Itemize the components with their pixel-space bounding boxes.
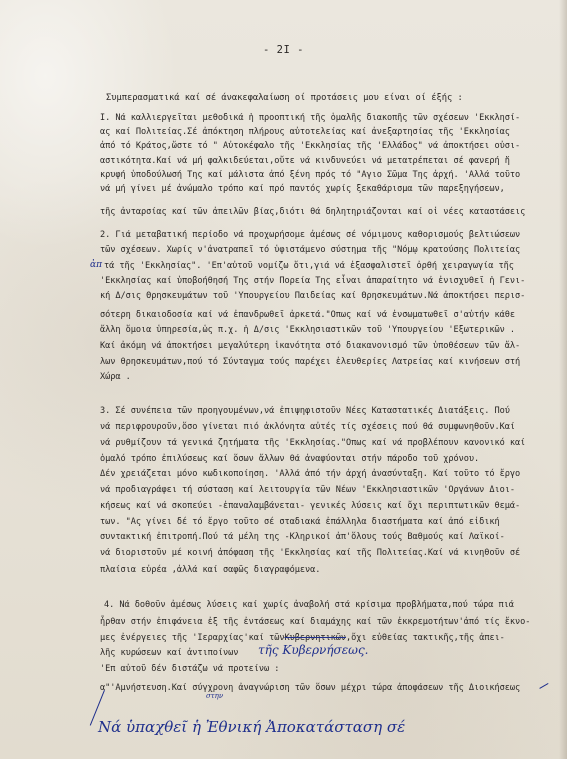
text-line: ἀπό τό Κράτος,ὥστε τό " Αὐτοκέφαλο τῆς '… — [100, 141, 520, 152]
handwritten-above-word: στην — [206, 692, 223, 700]
text-line: των. "Ας γίνει δέ τό ἔργο τοῦτο σέ σταδι… — [100, 517, 500, 528]
text-line: ὁμαλό τρόπο ἐπιλύσεως καί ὅσων ἄλλων θά … — [100, 454, 479, 465]
text-line: λων θρησκευμάτων,πού τό Σύνταγμα τούς πα… — [100, 357, 520, 368]
handwritten-bottom-note: Νά ὑπαχθεῖ ἡ Ἐθνική Ἀποκατάσταση σέ — [98, 718, 405, 736]
paper-edge — [559, 0, 567, 759]
text-line: τῆς ἀνταρσίας καί τῶν ἀπειλῶν βίας,διότι… — [100, 207, 525, 218]
text-line: κή Δ/σις Θρησκευμάτων τοῦ 'Υπουργείου Πα… — [100, 291, 525, 302]
text-line: νά διοριστοῦν μέ κοινή ἀπόφαση τῆς 'Εκκλ… — [100, 548, 520, 559]
text-line: Χώρα . — [100, 372, 131, 383]
handwritten-margin-note: ἀπ — [90, 260, 102, 270]
text-line: ἄλλη ὅμοια ὑπηρεσία,ὡς π.χ. ἡ Δ/σις 'Εκκ… — [100, 325, 515, 336]
text-line: I. Νά καλλιεργεῖται μεθοδικά ἡ προοπτική… — [100, 113, 520, 124]
text-line: τά τῆς 'Εκκλησίας". 'Επ'αὐτοῦ νομίζω ὅτι… — [104, 261, 514, 272]
text-line: νά περιφρουροῦν,ὅσο γίνεται πιό ἀκλόνητα… — [100, 422, 515, 433]
text-segment: μες ἐνέργειες τῆς 'Ιεραρχίας'καί τῶν — [100, 633, 284, 643]
page-number: - 2I - — [0, 44, 567, 56]
text-line: τῶν σχέσεων. Χωρίς ν'ἀνατραπεῖ τό ὑφιστά… — [100, 245, 520, 256]
text-line: αστικότητα.Καί νά μή φαλκιδεύεται,οὔτε ν… — [100, 156, 510, 167]
text-line: ἦρθαν στήν ἐπιφάνεια ἐξ τῆς ἐντάσεως καί… — [100, 617, 530, 628]
text-line: ας καί Πολιτείας.Σέ ἀπόκτηση πλήρους αὐτ… — [100, 127, 510, 138]
text-line: 3. Σέ συνέπεια τῶν προηγουμένων,νά ἐπιψη… — [100, 406, 510, 417]
text-line: κήσεως καί νά σκοπεύει -ἐπαναλαμβάνεται-… — [100, 501, 520, 512]
handwritten-slash-mark — [539, 683, 548, 689]
text-line: λῆς κυρώσεων καί ἀντιποίνων — [100, 648, 238, 659]
document-page: - 2I - Συμπερασματικά καί σέ άνακεφαλαίω… — [0, 0, 567, 759]
text-line: συντακτική ἐπιτροπή.Πού τά μέλη της -Κλη… — [100, 532, 505, 543]
text-line: νά προδιαγράφει τή σύσταση καί λειτουργί… — [100, 485, 515, 496]
text-line: 'Επ αὐτοῦ δέν διστάζω νά προτείνω : — [100, 664, 279, 675]
text-segment: ,ὄχι εὐθείας τακτικῆς,τῆς ἀπει- — [346, 633, 505, 643]
summary-heading: Συμπερασματικά καί σέ άνακεφαλαίωση οί π… — [106, 93, 463, 104]
struck-word: Κυβερνητικῶν — [284, 633, 346, 643]
text-line: νά ρυθμίζουν τά γενικά ζητήματα τῆς 'Εκκ… — [100, 438, 525, 449]
text-line: α"'Αμνήστευση.Καί σύγχρονη ἀναγνώριση τῶ… — [100, 683, 520, 694]
text-line: 'Εκκλησίας καί ὑποβοήθησή Της στήν Πορεί… — [100, 276, 525, 287]
text-line: 4. Νά δοθοῦν ἀμέσως λύσεις καί χωρίς ἀνα… — [104, 600, 514, 611]
text-line: Καί ἀκόμη νά ἀποκτήσει μεγαλύτερη ἱκανότ… — [100, 341, 520, 352]
text-line: Δέν χρειάζεται μόνο κωδικοποίηση. 'Αλλά … — [100, 469, 520, 480]
text-line: κρυφή ὑποδούλωσή Της καί μάλιστα ἀπό ξέν… — [100, 170, 520, 181]
text-line: πλαίσια εὐρέα ,ἀλλά καί σαφῶς διαγραφόμε… — [100, 565, 320, 576]
text-line: 2. Γιά μεταβατική περίοδο νά προχωρήσομε… — [100, 230, 520, 241]
handwritten-insert: τῆς Κυβερνήσεως. — [258, 643, 369, 657]
text-line: νά μή γίνει μέ ἀνώμαλο τρόπο καί πρό παν… — [100, 184, 505, 195]
text-line: σότερη δικαιοδοσία καί νά ἐπανδρωθεῖ ἀρκ… — [100, 310, 515, 321]
